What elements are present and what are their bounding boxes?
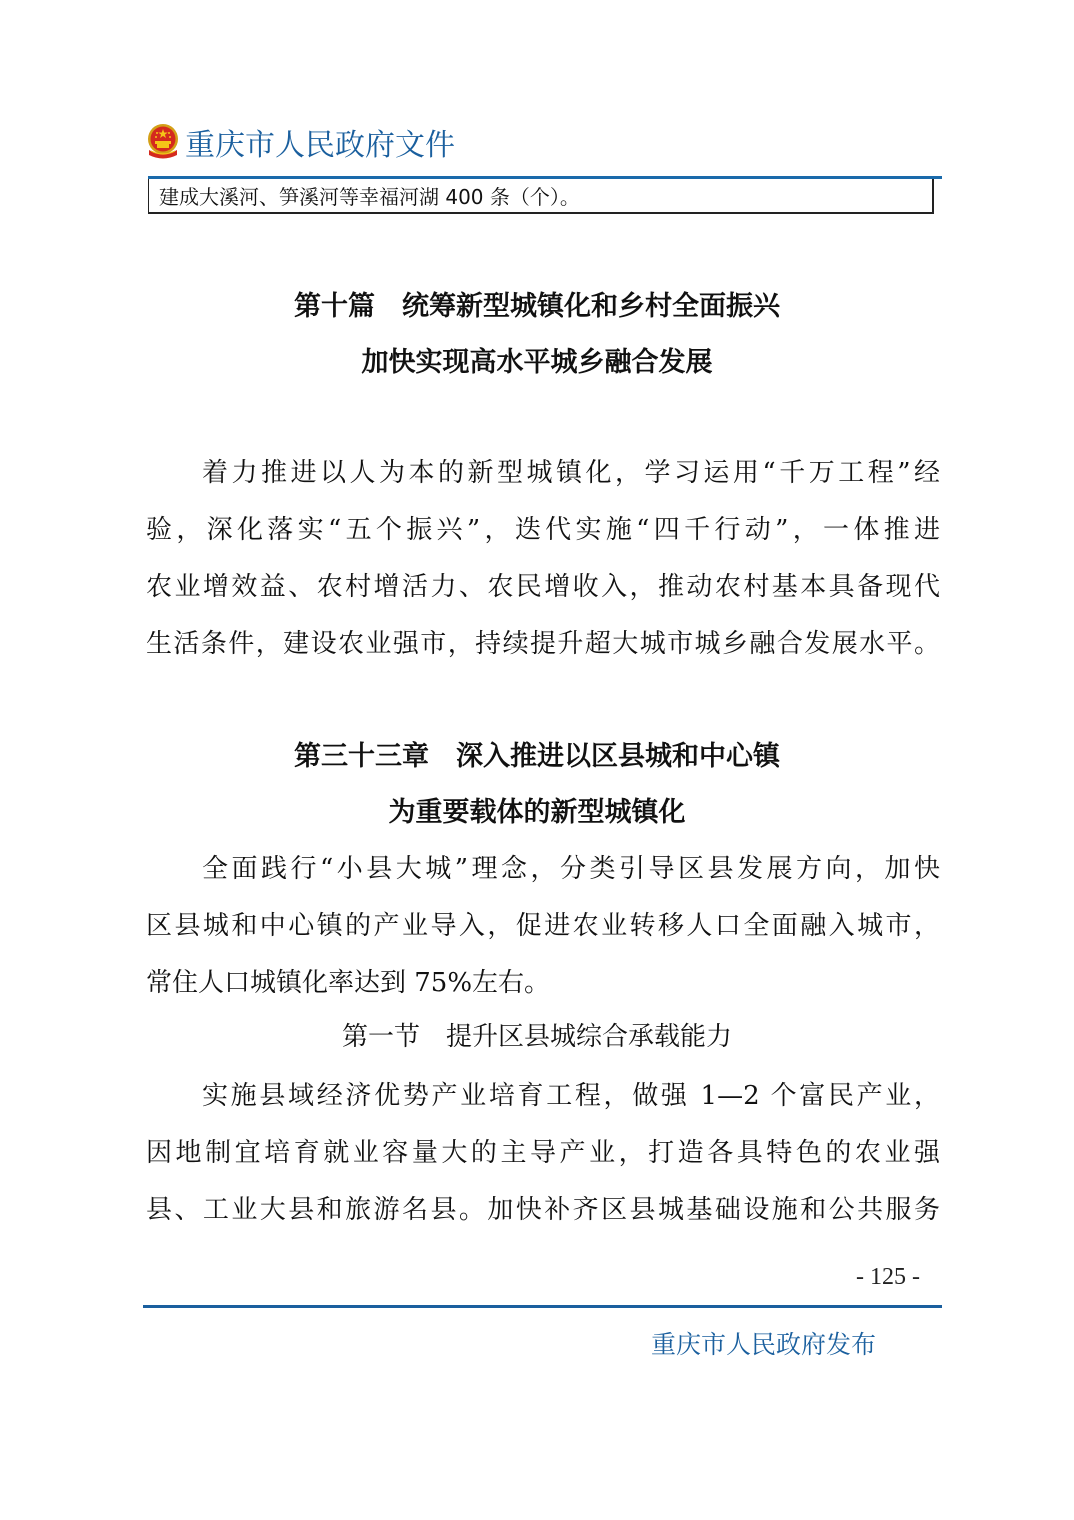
document-header: 重庆市人民政府文件 bbox=[145, 120, 455, 164]
table-fragment: 建成大溪河、笋溪河等幸福河湖 400 条（个）。 bbox=[148, 179, 934, 214]
paragraph-line: 实施县域经济优势产业培育工程，做强 1—2 个富民产业， bbox=[202, 1075, 940, 1112]
national-emblem-icon bbox=[145, 122, 181, 162]
paragraph-line: 常住人口城镇化率达到 75%左右。 bbox=[146, 962, 940, 999]
footer-rule bbox=[143, 1305, 942, 1308]
paragraph-line: 因地制宜培育就业容量大的主导产业，打造各具特色的农业强 bbox=[146, 1132, 940, 1169]
paragraph-line: 全面践行“小县大城”理念，分类引导区县发展方向，加快 bbox=[202, 848, 940, 885]
footer-publisher: 重庆市人民政府发布 bbox=[651, 1325, 876, 1361]
paragraph-line: 县、工业大县和旅游名县。加快补齐区县城基础设施和公共服务 bbox=[146, 1189, 940, 1226]
chapter-heading-line1: 第三十三章 深入推进以区县城和中心镇 bbox=[0, 734, 1074, 773]
table-cell: 建成大溪河、笋溪河等幸福河湖 400 条（个）。 bbox=[159, 181, 580, 210]
paragraph-line: 着力推进以人为本的新型城镇化，学习运用“千万工程”经 bbox=[202, 452, 940, 489]
part-heading-line2: 加快实现高水平城乡融合发展 bbox=[0, 340, 1074, 379]
page-number: - 125 - bbox=[856, 1264, 920, 1291]
paragraph-line: 区县城和中心镇的产业导入，促进农业转移人口全面融入城市， bbox=[146, 905, 940, 942]
document-header-title: 重庆市人民政府文件 bbox=[185, 120, 455, 164]
paragraph-line: 生活条件，建设农业强市，持续提升超大城市城乡融合发展水平。 bbox=[146, 623, 940, 660]
chapter-heading-line2: 为重要载体的新型城镇化 bbox=[0, 790, 1074, 829]
paragraph-line: 验，深化落实“五个振兴”，迭代实施“四千行动”，一体推进 bbox=[146, 509, 940, 546]
part-heading-line1: 第十篇 统筹新型城镇化和乡村全面振兴 bbox=[0, 284, 1074, 323]
paragraph-line: 农业增效益、农村增活力、农民增收入，推动农村基本具备现代 bbox=[146, 566, 940, 603]
section-heading: 第一节 提升区县城综合承载能力 bbox=[0, 1016, 1074, 1053]
